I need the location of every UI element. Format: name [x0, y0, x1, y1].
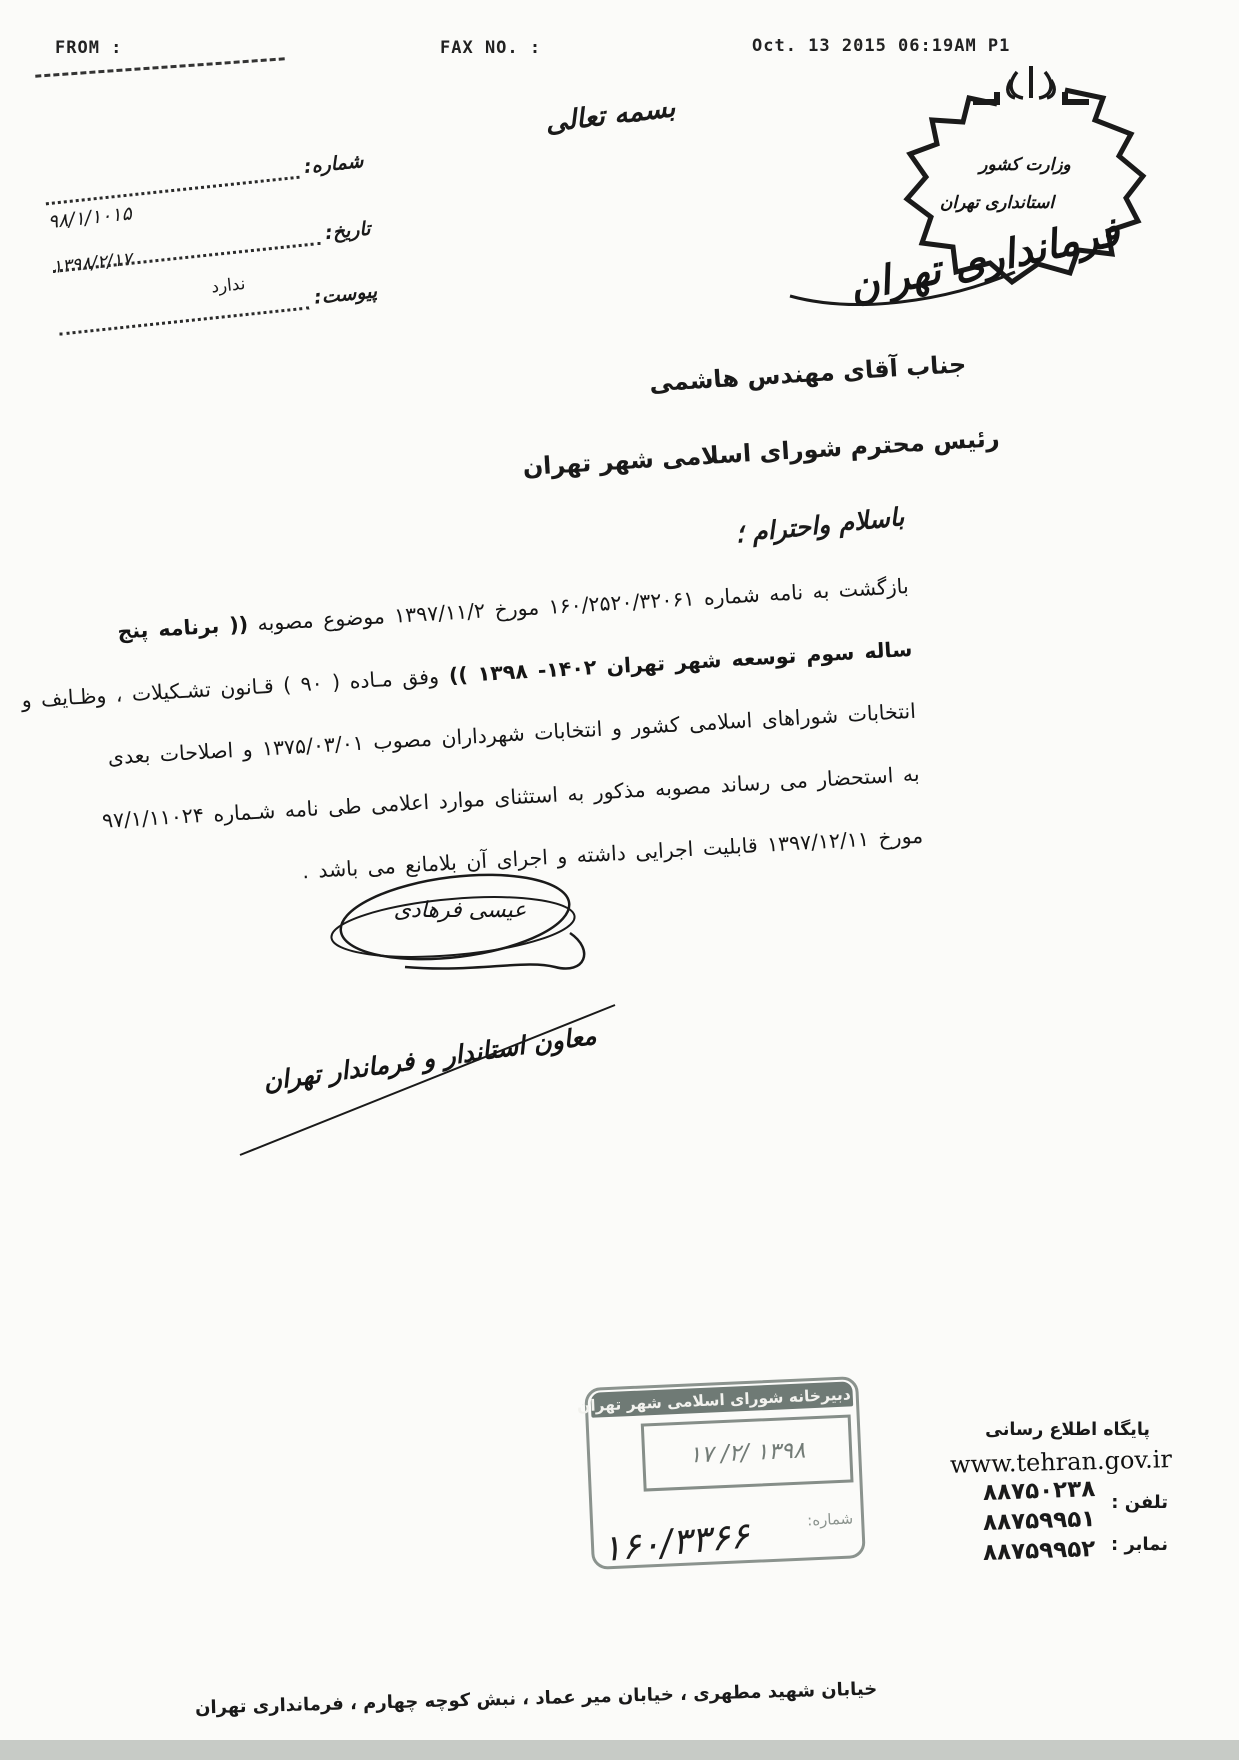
scan-edge-strip — [0, 1740, 1239, 1760]
signature-name: عیسی فرهادی — [394, 898, 527, 923]
fax-datetime: Oct. 13 2015 06:19AM P1 — [752, 36, 1010, 56]
emblem-province-text: استانداری تهران — [940, 193, 1057, 213]
body-line-1-bold: (( برنامه پنج — [117, 612, 249, 643]
attachment-field-label: پیوست: — [313, 280, 378, 308]
body-line-4: به استحضار می رساند مصوبه مذکور به استثن… — [178, 763, 920, 826]
body-line-1: بازگشت به نامه شماره ۱۶۰/۲۵۲۰/۳۲۰۶۱ مورخ… — [167, 576, 909, 639]
letterhead-emblem: وزارت کشور استانداری تهران فرمانداری تهر… — [735, 58, 1195, 313]
portal-label: پایگاه اطلاع رسانی — [985, 1420, 1150, 1440]
date-field-label: تاریخ: — [324, 218, 371, 245]
body-line-1-normal: بازگشت به نامه شماره ۱۶۰/۲۵۲۰/۳۲۰۶۱ مورخ… — [247, 574, 909, 636]
letter-body: بازگشت به نامه شماره ۱۶۰/۲۵۲۰/۳۲۰۶۱ مورخ… — [167, 576, 923, 889]
footer-address: خیابان شهید مطهری ، خیابان میر عماد ، نب… — [195, 1678, 878, 1718]
bismillah-text: بسمه تعالی — [544, 92, 677, 139]
fax-label: نمابر : — [1111, 1534, 1168, 1555]
number-field-label: شماره: — [303, 150, 364, 178]
body-line-3: انتخابات شوراهای اسلامی کشور و انتخابات … — [174, 701, 916, 764]
fax-number-label: FAX NO. : — [440, 38, 541, 58]
stamp-number-label: شماره: — [807, 1509, 854, 1529]
stamp-date-box: ۱۳۹۸ /۲/ ۱۷ — [641, 1414, 854, 1491]
signature-block: عیسی فرهادی معاون استاندار و فرماندار ته… — [225, 855, 655, 1165]
date-field-dots — [51, 228, 320, 273]
website-url: www.tehran.gov.ir — [950, 1445, 1173, 1479]
stamp-header-band: دبیرخانه شورای اسلامی شهر تهران — [590, 1381, 853, 1417]
stamp-number-value: ۱۶۰/۳۳۶۶ — [600, 1515, 751, 1570]
fax-from-handwritten-line — [35, 57, 285, 77]
phone-number-2: ۸۸۷۵۹۹۵۱ — [982, 1506, 1095, 1536]
body-line-2: ساله سوم توسعه شهر تهران ۱۴۰۲- ۱۳۹۸ )) و… — [171, 638, 913, 701]
addressee-title: رئیس محترم شورای اسلامی شهر تهران — [522, 424, 1000, 481]
body-line-2-bold: ساله سوم توسعه شهر تهران ۱۴۰۲- ۱۳۹۸ )) — [438, 636, 913, 687]
emblem-ministry-text: وزارت کشور — [976, 155, 1071, 175]
fax-document-page: FROM : FAX NO. : Oct. 13 2015 06:19AM P1… — [0, 0, 1239, 1760]
allah-emblem-icon — [973, 66, 1089, 102]
letterhead-fields: شماره: ۹۸/۱/۱۰۱۵ تاریخ: ۱۳۹۸/۲/۱۷ ندارد … — [44, 150, 378, 336]
fax-number: ۸۸۷۵۹۹۵۲ — [982, 1536, 1095, 1566]
phone-label: تلفن : — [1111, 1492, 1168, 1513]
body-line-2-normal: وفق مـاده ( ۹۰ ) قـانون تشـکیلات ، وظـای… — [21, 664, 440, 712]
contact-block: پایگاه اطلاع رسانی www.tehran.gov.ir ۸۸۷… — [940, 1420, 1190, 1600]
emblem-county-calligraphy: فرمانداری تهران — [845, 209, 1125, 312]
addressee-name: جناب آقای مهندس هاشمی — [648, 350, 966, 397]
salutation-text: باسلام واحترام ؛ — [734, 502, 906, 549]
received-stamp: دبیرخانه شورای اسلامی شهر تهران ۱۳۹۸ /۲/… — [584, 1376, 866, 1570]
phone-number-1: ۸۸۷۵۰۲۳۸ — [982, 1476, 1095, 1506]
fax-from-label: FROM : — [55, 38, 122, 58]
